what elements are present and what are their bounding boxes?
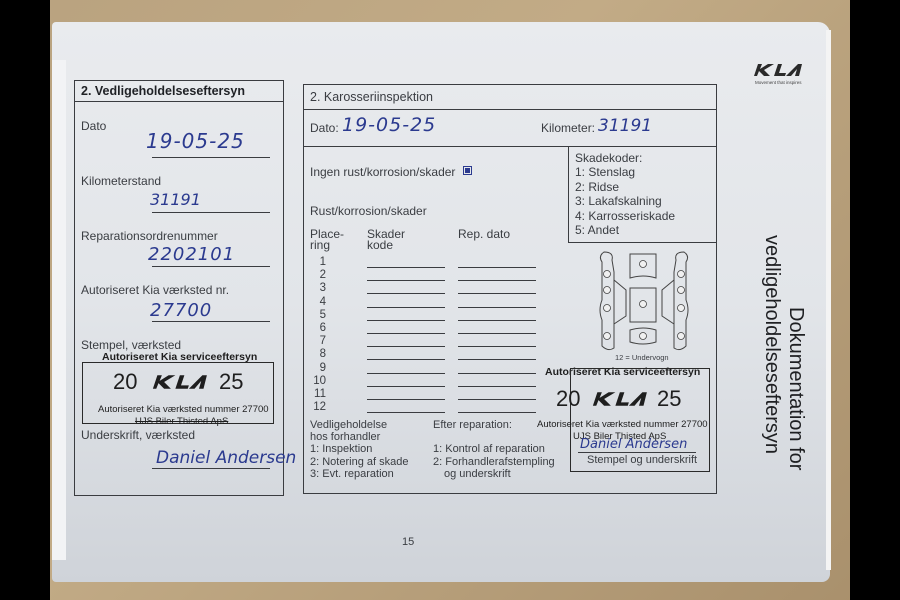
damage-code-field[interactable] — [367, 412, 445, 413]
inspection-stamp-kia-logo-icon — [590, 390, 652, 408]
repair-date-field[interactable] — [458, 412, 536, 413]
damage-code-item: 5: Andet — [575, 223, 619, 237]
stamp-year-left: 20 — [113, 369, 137, 395]
row-number: 10 — [306, 375, 326, 387]
row-number: 11 — [306, 388, 326, 400]
damage-code-field[interactable] — [367, 359, 445, 360]
repair-date-field[interactable] — [458, 280, 536, 281]
damage-code-field[interactable] — [367, 399, 445, 400]
stamp-year-right: 25 — [219, 369, 243, 395]
kia-tagline: Movement that inspires — [755, 80, 802, 85]
repair-date-field[interactable] — [458, 386, 536, 387]
maintenance-note-item: 2: Notering af skade — [310, 456, 408, 468]
damage-code-item: 1: Stenslag — [575, 165, 635, 179]
check-mark-icon — [465, 168, 470, 173]
stamp-kia-logo-icon — [150, 373, 212, 391]
row-number: 5 — [306, 309, 326, 321]
row-number: 3 — [306, 282, 326, 294]
signature-label: Underskrift, værksted — [81, 428, 195, 442]
repair-date-field[interactable] — [458, 320, 536, 321]
damage-label: Rust/korrosion/skader — [310, 204, 427, 218]
workshop-number-underline — [152, 321, 270, 322]
row-number: 2 — [306, 269, 326, 281]
damage-code-field[interactable] — [367, 307, 445, 308]
maintenance-form-title: 2. Vedligeholdelseseftersyn — [81, 84, 245, 98]
maintenance-notes-title-1: Vedligeholdelse — [310, 419, 387, 431]
damage-code-field[interactable] — [367, 280, 445, 281]
repair-order-underline — [152, 266, 270, 267]
inspection-km-label: Kilometer: — [541, 121, 595, 135]
after-repair-item: og underskrift — [444, 468, 511, 480]
kia-logo-icon — [752, 62, 806, 78]
inspection-km-value[interactable]: 31191 — [598, 116, 652, 136]
repair-order-label: Reparationsordrenummer — [81, 229, 218, 243]
repair-date-field[interactable] — [458, 307, 536, 308]
column-header-repair-date: Rep. dato — [458, 227, 510, 241]
mileage-label: Kilometerstand — [81, 174, 161, 188]
side-title: Dokumentation for vedligeholdelsesefters… — [755, 235, 815, 535]
inspection-stamp-workshop-number: Autoriseret Kia værksted nummer 27700 — [537, 419, 708, 430]
page-stack-edge-right — [826, 30, 831, 570]
maintenance-note-item: 3: Evt. reparation — [310, 468, 394, 480]
stamp-workshop-number: Autoriseret Kia værksted nummer 27700 — [98, 404, 269, 415]
inspection-date-label: Dato: — [310, 121, 339, 135]
after-repair-item: 2: Forhandlerafstempling — [433, 456, 555, 468]
damage-code-field[interactable] — [367, 333, 445, 334]
signature-underline — [152, 468, 270, 469]
inspection-stamp-year-left: 20 — [556, 386, 580, 412]
stamp-label: Stempel, værksted — [81, 338, 181, 352]
date-value[interactable]: 19-05-25 — [146, 129, 245, 153]
row-number: 6 — [306, 322, 326, 334]
damage-code-item: 2: Ridse — [575, 180, 619, 194]
row-number: 9 — [306, 362, 326, 374]
damage-code-field[interactable] — [367, 320, 445, 321]
workshop-number-label: Autoriseret Kia værksted nr. — [81, 283, 229, 297]
photo-border-left — [0, 0, 50, 600]
inspection-signature-line — [578, 452, 696, 453]
date-underline — [152, 157, 270, 158]
no-damage-label: Ingen rust/korrosion/skader — [310, 165, 455, 179]
side-title-line-1: Dokumentation for — [784, 307, 807, 470]
after-repair-title: Efter reparation: — [433, 419, 512, 431]
no-damage-checkbox[interactable] — [463, 166, 472, 175]
car-body-diagram-icon — [592, 250, 697, 355]
row-number: 12 — [306, 401, 326, 413]
maintenance-notes-title-2: hos forhandler — [310, 431, 380, 443]
column-header-damage-code-2: kode — [367, 238, 393, 252]
workshop-signature[interactable]: Daniel Andersen — [156, 448, 296, 468]
damage-code-item: 4: Karrosseriskade — [575, 209, 675, 223]
damage-code-field[interactable] — [367, 373, 445, 374]
repair-order-value[interactable]: 2202101 — [148, 244, 235, 265]
page-number: 15 — [402, 536, 414, 548]
mileage-underline — [152, 212, 270, 213]
repair-date-field[interactable] — [458, 359, 536, 360]
repair-date-field[interactable] — [458, 267, 536, 268]
damage-code-field[interactable] — [367, 386, 445, 387]
inspection-stamp-year-right: 25 — [657, 386, 681, 412]
side-title-line-2: vedligeholdelseseftersyn — [760, 235, 783, 454]
repair-date-field[interactable] — [458, 346, 536, 347]
repair-date-field[interactable] — [458, 399, 536, 400]
mileage-value[interactable]: 31191 — [150, 190, 201, 209]
after-repair-item: 1: Kontrol af reparation — [433, 443, 545, 455]
repair-date-field[interactable] — [458, 333, 536, 334]
diagram-caption: 12 = Undervogn — [615, 353, 669, 362]
workshop-number-value[interactable]: 27700 — [150, 300, 212, 321]
page-stack-edge — [52, 60, 66, 560]
damage-code-field[interactable] — [367, 293, 445, 294]
stamp-workshop-name: UJS Biler Thisted ApS — [135, 416, 228, 427]
repair-date-field[interactable] — [458, 293, 536, 294]
damage-code-item: 3: Lakafskalning — [575, 194, 662, 208]
damage-codes-title: Skadekoder: — [575, 151, 642, 165]
row-number: 4 — [306, 296, 326, 308]
row-number: 8 — [306, 348, 326, 360]
photo-border-right — [850, 0, 900, 600]
inspection-date-value[interactable]: 19-05-25 — [342, 114, 436, 136]
inspection-signature[interactable]: Daniel Andersen — [580, 437, 687, 452]
repair-date-field[interactable] — [458, 373, 536, 374]
date-label: Dato — [81, 119, 106, 133]
damage-code-field[interactable] — [367, 346, 445, 347]
inspection-stamp-caption: Stempel og underskrift — [587, 454, 697, 466]
row-number: 1 — [306, 256, 326, 268]
damage-code-field[interactable] — [367, 267, 445, 268]
body-inspection-title: 2. Karosseriinspektion — [310, 90, 433, 104]
column-header-placement-2: ring — [310, 238, 330, 252]
maintenance-note-item: 1: Inspektion — [310, 443, 372, 455]
row-number: 7 — [306, 335, 326, 347]
